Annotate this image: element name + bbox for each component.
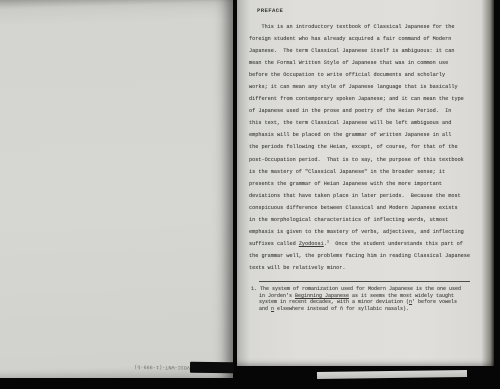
page-title: PREFACE	[257, 7, 283, 14]
text-line: works; it can mean any style of Japanese…	[249, 81, 485, 93]
left-page-blank	[0, 0, 233, 378]
footnote: 1. The system of romanization used for M…	[251, 286, 481, 313]
text-line: mean the Formal Written Style of Japanes…	[249, 57, 485, 69]
black-label-bar	[190, 362, 234, 373]
text-line: foreign student who has already acquired…	[249, 33, 485, 45]
text-line: the periods following the Heian, except,…	[249, 141, 485, 153]
text-line: different from contemporary spoken Japan…	[249, 93, 485, 105]
text-line: 1. The system of romanization used for M…	[251, 286, 481, 293]
text-line: before the Occupation to write official …	[249, 69, 485, 81]
footnote-divider	[259, 281, 470, 282]
text-line: presents the grammar of Heian Japanese w…	[249, 178, 485, 190]
text-line: this text, the term Classical Japanese w…	[249, 117, 485, 129]
text-line: is the mastery of "Classical Japanese" i…	[249, 166, 485, 178]
microfilm-stamp: VO1C-WNT-(1-999-b)	[131, 361, 190, 373]
scanned-book-spread: PREFACE This is an introductory textbook…	[0, 0, 500, 389]
preface-body: This is an introductory textbook of Clas…	[249, 21, 485, 274]
text-line: deviations that have taken place in late…	[249, 190, 485, 202]
text-line: in the morphological characteristics of …	[249, 214, 485, 226]
text-line: the grammar well, the problems facing hi…	[249, 250, 485, 262]
text-line: This is an introductory textbook of Clas…	[249, 21, 485, 33]
right-page-preface: PREFACE This is an introductory textbook…	[237, 0, 494, 366]
text-line: texts will be relatively minor.	[249, 262, 485, 274]
text-line: Japanese. The term Classical Japanese it…	[249, 45, 485, 57]
text-line: conspicuous difference between Classical…	[249, 202, 485, 214]
text-line: post-Occupation period. That is to say, …	[249, 154, 485, 166]
text-line: and n elsewhere instead of n̄ for syllab…	[259, 306, 481, 313]
under-page-edge	[317, 370, 467, 379]
text-line: emphasis is given to the mastery of verb…	[249, 226, 485, 238]
text-line: emphasis will be placed on the grammar o…	[249, 129, 485, 141]
text-line: of Japanese used in the prose and poetry…	[249, 105, 485, 117]
text-line: suffixes called Zyodoosi.1 Once the stud…	[249, 238, 485, 250]
